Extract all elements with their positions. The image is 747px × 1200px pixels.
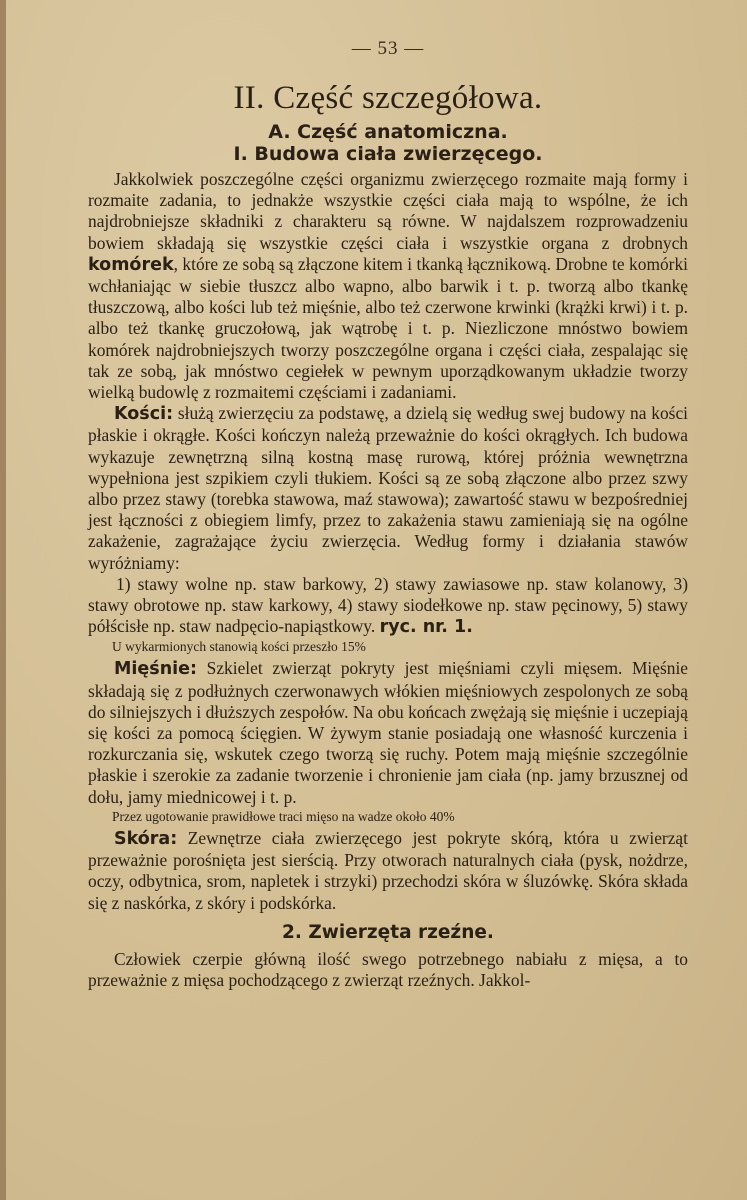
muscles-paragraph: Mięśnie: Szkielet zwierząt pokryty jest … [88, 658, 688, 807]
figure-reference: ryc. nr. 1. [380, 617, 473, 637]
bold-term-cells: komórek [88, 255, 174, 275]
page-edge-shadow [0, 0, 6, 1200]
section-title-1: I. Budowa ciała zwierzęcego. [88, 143, 688, 165]
subtitle: A. Część anatomiczna. [88, 121, 688, 143]
skin-label: Skóra: [114, 829, 177, 849]
page-number: — 53 — [88, 38, 688, 60]
skin-paragraph: Skóra: Zewnętrze ciała zwierzęcego jest … [88, 828, 688, 914]
muscles-label: Mięśnie: [114, 659, 197, 679]
intro-paragraph: Jakkolwiek poszczególne części organizmu… [88, 169, 688, 403]
muscles-note: Przez ugotowanie prawidłowe traci mięso … [88, 808, 688, 826]
section-title-2: 2. Zwierzęta rzeźne. [88, 922, 688, 943]
part-title: II. Część szczegółowa. [88, 80, 688, 117]
book-page: — 53 — II. Część szczegółowa. A. Część a… [88, 38, 688, 991]
section2-paragraph: Człowiek czerpie główną ilość swego potr… [88, 949, 688, 991]
bones-note: U wykarmionych stanowią kości przeszło 1… [88, 638, 688, 656]
bones-label: Kości: [114, 404, 173, 424]
bones-paragraph: Kości: służą zwierzęciu za podstawę, a d… [88, 403, 688, 574]
joints-list: 1) stawy wolne np. staw barkowy, 2) staw… [88, 574, 688, 639]
